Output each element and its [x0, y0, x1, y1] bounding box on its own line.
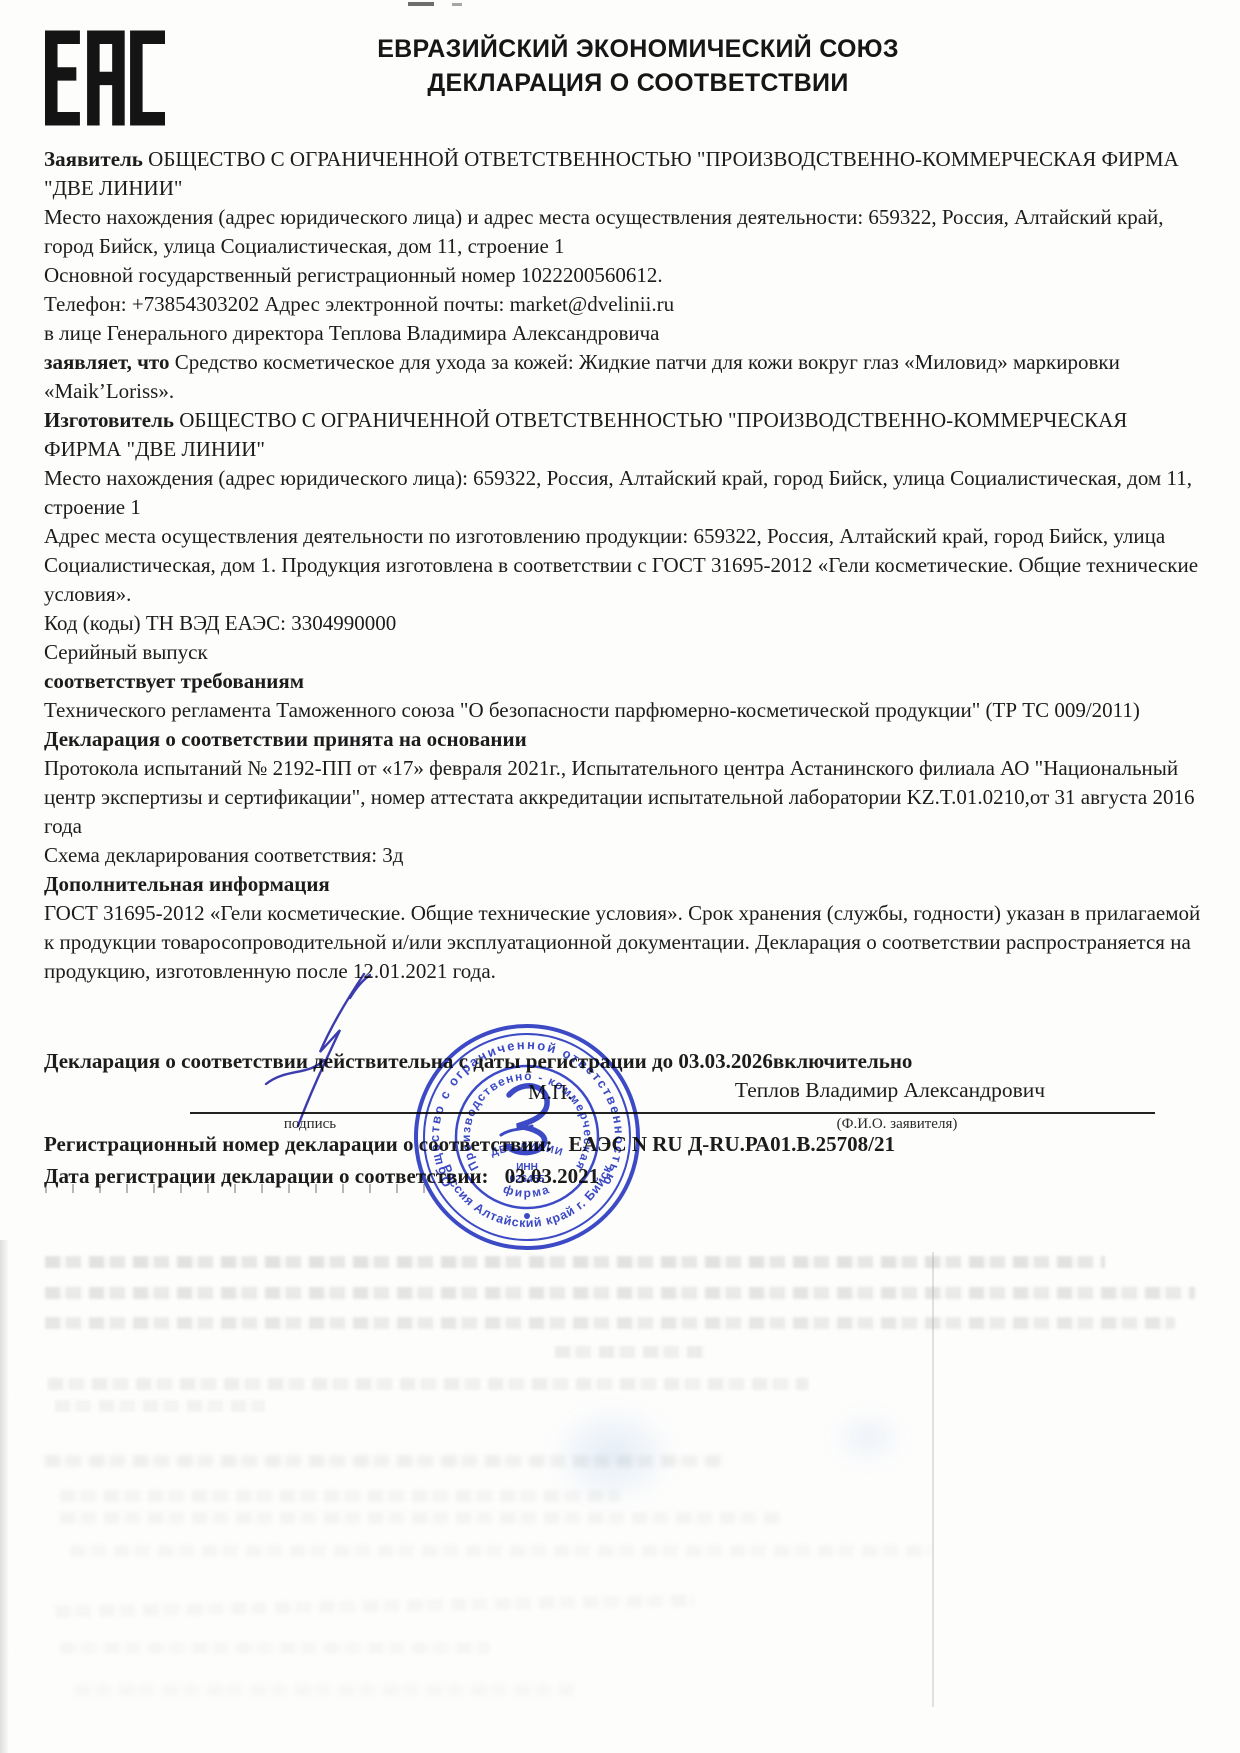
- company-round-stamp: Общество с ограниченной ответственностью…: [402, 1012, 652, 1262]
- paragraph-text: в лице Генерального директора Теплова Вл…: [44, 321, 660, 345]
- paragraph: Дополнительная информация: [44, 870, 1202, 899]
- paragraph-text: Адрес места осуществления деятельности п…: [44, 524, 1198, 606]
- stamp-bleed-artifact: [828, 1408, 908, 1468]
- scan-speck: [452, 3, 462, 6]
- bleed-through-artifact: [55, 1400, 265, 1412]
- handwritten-signature: [252, 968, 412, 1138]
- paragraph-lead-bold: Декларация о соответствии принята на осн…: [44, 727, 527, 751]
- stamp-bleed-artifact: [548, 1402, 678, 1507]
- document-body: Заявитель ОБЩЕСТВО С ОГРАНИЧЕННОЙ ОТВЕТС…: [44, 145, 1202, 986]
- applicant-name: Теплов Владимир Александрович: [700, 1078, 1080, 1103]
- paragraph-text: Технического регламента Таможенного союз…: [44, 698, 1140, 722]
- paragraph-lead-bold: соответствует требованиям: [44, 669, 304, 693]
- paragraph: Телефон: +73854303202 Адрес электронной …: [44, 290, 1202, 319]
- paragraph-lead-bold: Дополнительная информация: [44, 872, 330, 896]
- paragraph: в лице Генерального директора Теплова Вл…: [44, 319, 1202, 348]
- paragraph-text: ОБЩЕСТВО С ОГРАНИЧЕННОЙ ОТВЕТСТВЕННОСТЬЮ…: [44, 147, 1179, 200]
- paragraph: Основной государственный регистрационный…: [44, 261, 1202, 290]
- paragraph-text: Основной государственный регистрационный…: [44, 263, 663, 287]
- bleed-through-artifact: [555, 1346, 705, 1358]
- scan-edge-shading: [0, 1240, 9, 1753]
- paragraph-text: Место нахождения (адрес юридического лиц…: [44, 466, 1192, 519]
- stamp-inn-label: ИНН: [516, 1162, 538, 1173]
- bleed-through-artifact: [60, 1512, 780, 1524]
- bleed-through-artifact: [70, 1545, 930, 1557]
- bleed-through-artifact: [55, 1594, 695, 1617]
- paragraph-text: ГОСТ 31695-2012 «Гели косметические. Общ…: [44, 901, 1200, 983]
- paragraph: Изготовитель ОБЩЕСТВО С ОГРАНИЧЕННОЙ ОТВ…: [44, 406, 1202, 464]
- bleed-through-artifact: [60, 1490, 620, 1502]
- bleed-through-artifact: [75, 1684, 575, 1696]
- document-title: ЕВРАЗИЙСКИЙ ЭКОНОМИЧЕСКИЙ СОЮЗ ДЕКЛАРАЦИ…: [18, 32, 1240, 100]
- paragraph-text: Код (коды) ТН ВЭД ЕАЭС: 3304990000: [44, 611, 396, 635]
- paragraph-text: Телефон: +73854303202 Адрес электронной …: [44, 292, 674, 316]
- bleed-through-artifact: [45, 1287, 1195, 1299]
- paragraph: Технического регламента Таможенного союз…: [44, 696, 1202, 725]
- stamp-bottom-dot: [524, 1213, 530, 1219]
- paragraph-lead-bold: заявляет, что: [44, 350, 175, 374]
- paragraph: Протокола испытаний № 2192-ПП от «17» фе…: [44, 754, 1202, 841]
- paragraph-text: Протокола испытаний № 2192-ПП от «17» фе…: [44, 756, 1194, 838]
- scan-speck: [408, 2, 434, 6]
- bleed-through-artifact: [45, 1256, 1105, 1268]
- paragraph-lead-bold: Заявитель: [44, 147, 148, 171]
- paragraph-lead-bold: Изготовитель: [44, 408, 179, 432]
- paragraph: Схема декларирования соответствия: 3д: [44, 841, 1202, 870]
- paragraph: заявляет, что Средство косметическое для…: [44, 348, 1202, 406]
- bleed-through-artifact: [48, 1378, 808, 1390]
- paragraph: Место нахождения (адрес юридического лиц…: [44, 203, 1202, 261]
- paragraph: Серийный выпуск: [44, 638, 1202, 667]
- paragraph-text: Серийный выпуск: [44, 640, 208, 664]
- stamp-inn-value: 026455: [509, 1173, 544, 1185]
- paragraph-text: ОБЩЕСТВО С ОГРАНИЧЕННОЙ ОТВЕТСТВЕННОСТЬЮ…: [44, 408, 1127, 461]
- paragraph-text: Схема декларирования соответствия: 3д: [44, 843, 403, 867]
- paragraph: Заявитель ОБЩЕСТВО С ОГРАНИЧЕННОЙ ОТВЕТС…: [44, 145, 1202, 203]
- bleed-through-artifact: [60, 1642, 490, 1654]
- title-line-1: ЕВРАЗИЙСКИЙ ЭКОНОМИЧЕСКИЙ СОЮЗ: [18, 32, 1240, 66]
- paragraph: Декларация о соответствии принята на осн…: [44, 725, 1202, 754]
- title-line-2: ДЕКЛАРАЦИЯ О СООТВЕТСТВИИ: [18, 66, 1240, 100]
- paragraph: Место нахождения (адрес юридического лиц…: [44, 464, 1202, 522]
- paragraph: Адрес места осуществления деятельности п…: [44, 522, 1202, 609]
- paragraph: соответствует требованиям: [44, 667, 1202, 696]
- paragraph: ГОСТ 31695-2012 «Гели косметические. Общ…: [44, 899, 1202, 986]
- paragraph: Код (коды) ТН ВЭД ЕАЭС: 3304990000: [44, 609, 1202, 638]
- declaration-document-page: ЕВРАЗИЙСКИЙ ЭКОНОМИЧЕСКИЙ СОЮЗ ДЕКЛАРАЦИ…: [0, 0, 1240, 1753]
- bleed-through-artifact: [45, 1184, 435, 1193]
- scan-fold-line: [932, 1252, 934, 1707]
- bleed-through-artifact: [45, 1317, 1175, 1329]
- paragraph-text: Средство косметическое для ухода за коже…: [44, 350, 1120, 403]
- paragraph-text: Место нахождения (адрес юридического лиц…: [44, 205, 1164, 258]
